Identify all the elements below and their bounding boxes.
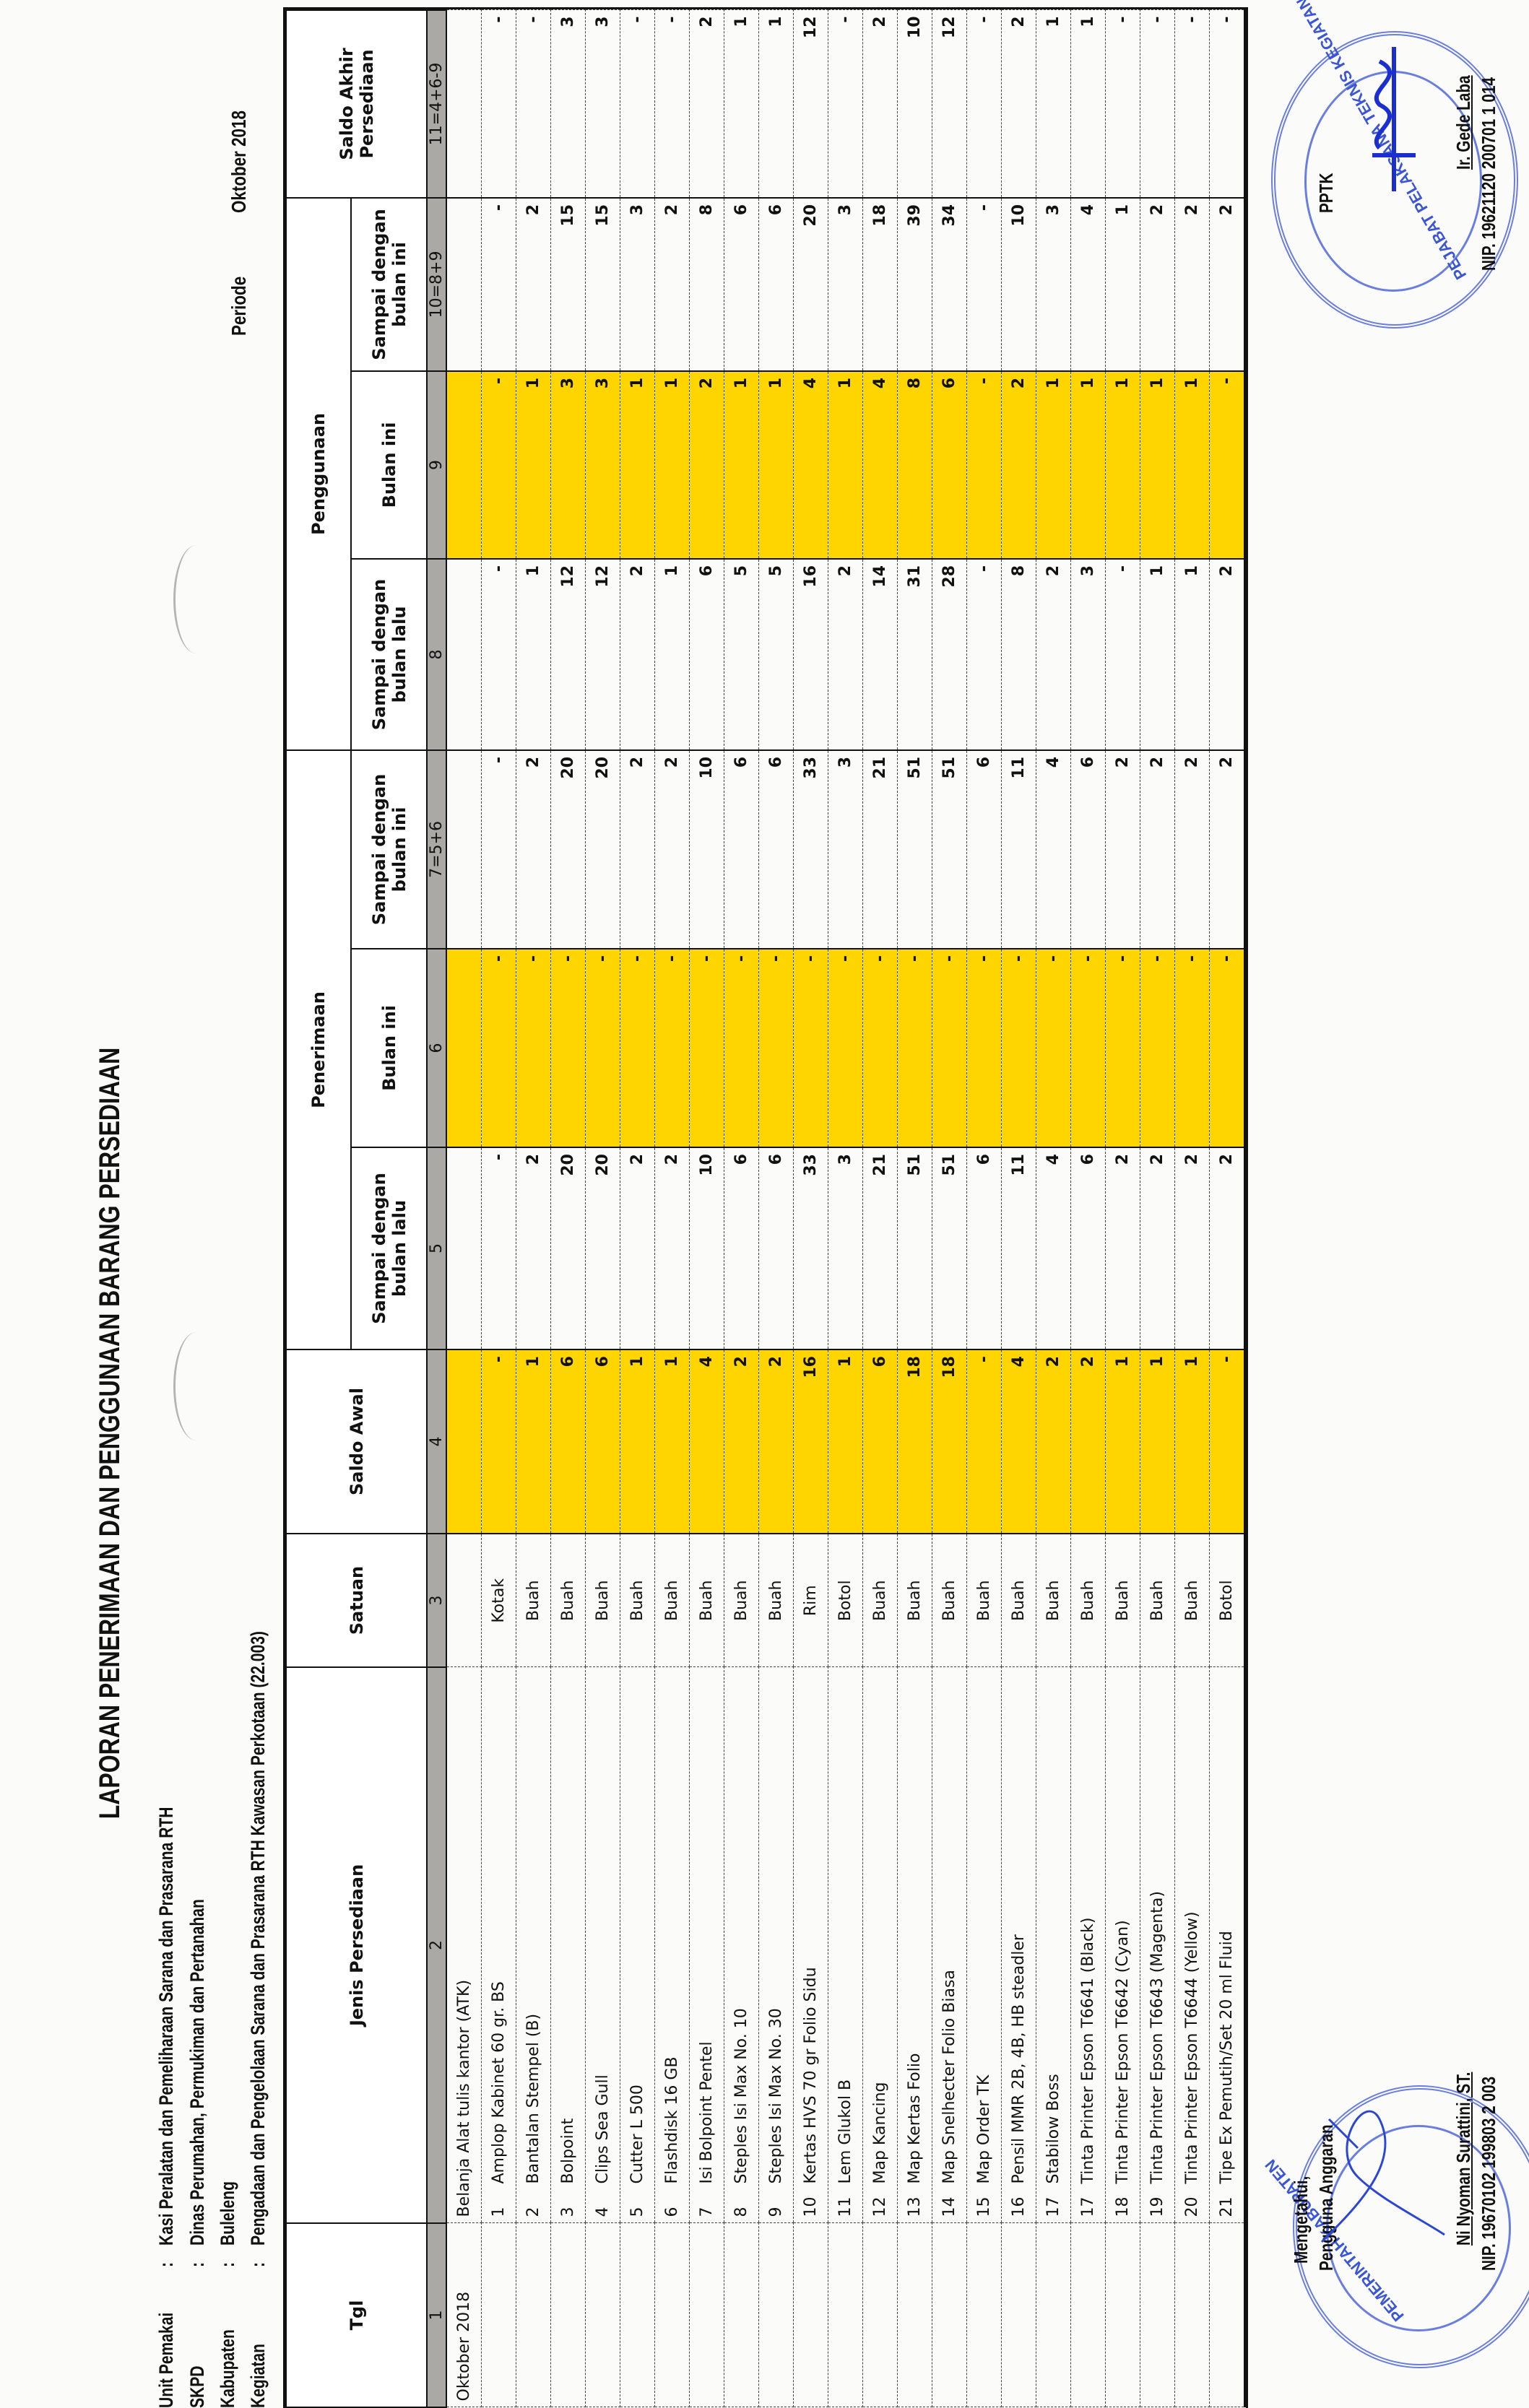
table-row: 3BolpointBuah620-20123153: [551, 10, 586, 2407]
meta-label-kabupaten: Kabupaten: [217, 2329, 238, 2408]
tgl-cell: [620, 2223, 655, 2407]
value-cell-c10: 39: [898, 198, 932, 371]
value-cell-c11: 3: [586, 10, 620, 198]
item-name-cell: 11Lem Glukol B: [828, 1667, 863, 2223]
unit-cell: Buah: [724, 1534, 759, 1667]
tgl-cell: [863, 2223, 898, 2407]
signature-right-line1: PPTK: [1314, 173, 1338, 213]
value-cell-c9: -: [1210, 371, 1245, 559]
value-cell-c11: -: [620, 10, 655, 198]
tgl-cell: [482, 2223, 516, 2407]
item-number: 13: [906, 2184, 924, 2217]
value-cell-c4: 2: [1036, 1349, 1071, 1534]
value-cell-c10: 2: [1175, 198, 1210, 371]
item-name-cell: 12Map Kancing: [863, 1667, 898, 2223]
unit-cell: Buah: [898, 1534, 932, 1667]
value-cell-c5: 20: [551, 1147, 586, 1349]
value-cell-c8: 3: [1071, 559, 1106, 750]
value-cell-c4: 1: [516, 1349, 551, 1534]
value-cell-c5: -: [482, 1147, 516, 1349]
empty-cell: [446, 1147, 482, 1349]
value-cell-c4: -: [1210, 1349, 1245, 1534]
unit-cell: Rim: [794, 1534, 828, 1667]
value-cell-c5: 2: [516, 1147, 551, 1349]
value-cell-c10: 3: [828, 198, 863, 371]
value-cell-c6: -: [655, 949, 690, 1147]
signature-right-name: Ir. Gede Laba: [1452, 75, 1475, 170]
table-row: 14Map Snelhecter Folio BiasaBuah1851-512…: [932, 10, 967, 2407]
value-cell-c7: 20: [586, 750, 620, 949]
value-cell-c7: -: [482, 750, 516, 949]
value-cell-c4: 4: [690, 1349, 724, 1534]
unit-cell: Buah: [932, 1534, 967, 1667]
header-satuan: Satuan: [286, 1534, 427, 1667]
item-name: Map Kertas Folio: [906, 2053, 924, 2184]
item-number: 1: [490, 2184, 508, 2217]
item-number: 20: [1183, 2184, 1201, 2217]
value-cell-c5: 2: [1106, 1147, 1140, 1349]
tgl-cell: [1210, 2223, 1245, 2407]
value-cell-c9: -: [967, 371, 1002, 559]
item-name-cell: 21Tipe Ex Pemutih/Set 20 ml Fluid: [1210, 1667, 1245, 2223]
tgl-cell: [551, 2223, 586, 2407]
tgl-cell: [1071, 2223, 1106, 2407]
table-row: 8Steples Isi Max No. 10Buah26-65161: [724, 10, 759, 2407]
meta-colon: :: [217, 2262, 238, 2267]
value-cell-c9: 2: [690, 371, 724, 559]
value-cell-c5: 2: [1140, 1147, 1175, 1349]
value-cell-c6: -: [759, 949, 794, 1147]
empty-cell: [446, 750, 482, 949]
signature-right-nip: NIP. 19621120 200701 1 014: [1477, 77, 1500, 271]
value-cell-c9: 4: [794, 371, 828, 559]
value-cell-c11: 1: [759, 10, 794, 198]
value-cell-c11: 12: [794, 10, 828, 198]
value-cell-c11: -: [828, 10, 863, 198]
value-cell-c5: 2: [620, 1147, 655, 1349]
table-row: 18Tinta Printer Epson T6642 (Cyan)Buah12…: [1106, 10, 1140, 2407]
header-saldo-awal: Saldo Awal: [286, 1349, 427, 1534]
table-row: 16Pensil MMR 2B, 4B, HB steadlerBuah411-…: [1002, 10, 1036, 2407]
item-number: 21: [1218, 2184, 1236, 2217]
value-cell-c7: 51: [898, 750, 932, 949]
meta-colon: :: [186, 2262, 208, 2267]
value-cell-c10: 18: [863, 198, 898, 371]
tgl-cell: [1175, 2223, 1210, 2407]
item-name: Tinta Printer Epson T6641 (Black): [1079, 1918, 1097, 2184]
tgl-cell: [759, 2223, 794, 2407]
value-cell-c8: 14: [863, 559, 898, 750]
value-cell-c7: 33: [794, 750, 828, 949]
header-saldo-akhir: Saldo Akhir Persediaan: [286, 10, 427, 198]
column-number: 2: [427, 1667, 446, 2223]
value-cell-c6: -: [1002, 949, 1036, 1147]
tgl-cell: [1002, 2223, 1036, 2407]
value-cell-c9: 1: [620, 371, 655, 559]
unit-cell: Buah: [620, 1534, 655, 1667]
header-penggunaan-bulan-ini: Bulan ini: [351, 371, 427, 559]
unit-cell: Buah: [1140, 1534, 1175, 1667]
value-cell-c5: 11: [1002, 1147, 1036, 1349]
item-number: 4: [594, 2184, 612, 2217]
item-name-cell: 4Clips Sea Gull: [586, 1667, 620, 2223]
empty-cell: [446, 371, 482, 559]
value-cell-c11: 1: [724, 10, 759, 198]
value-cell-c6: -: [724, 949, 759, 1147]
item-name: Kertas HVS 70 gr Folio Sidu: [802, 1967, 820, 2183]
value-cell-c7: 2: [1140, 750, 1175, 949]
item-name-cell: 13Map Kertas Folio: [898, 1667, 932, 2223]
column-number-row: 1234567=5+68910=8+911=4+6-9: [427, 10, 446, 2407]
header-penerimaan-sd-lalu: Sampai dengan bulan lalu: [351, 1147, 427, 1349]
column-number: 9: [427, 371, 446, 559]
value-cell-c10: 15: [586, 198, 620, 371]
value-cell-c8: 1: [655, 559, 690, 750]
item-number: 16: [1010, 2184, 1028, 2217]
column-number: 5: [427, 1147, 446, 1349]
value-cell-c7: 10: [690, 750, 724, 949]
value-cell-c10: 2: [1140, 198, 1175, 371]
value-cell-c9: 2: [1002, 371, 1036, 559]
value-cell-c9: 1: [655, 371, 690, 559]
value-cell-c4: 6: [586, 1349, 620, 1534]
column-number: 4: [427, 1349, 446, 1534]
value-cell-c10: 10: [1002, 198, 1036, 371]
item-name-cell: 17Tinta Printer Epson T6641 (Black): [1071, 1667, 1106, 2223]
value-cell-c6: -: [516, 949, 551, 1147]
value-cell-c11: 3: [551, 10, 586, 198]
meta-label-kegiatan: Kegiatan: [247, 2344, 269, 2408]
value-cell-c8: 5: [759, 559, 794, 750]
meta-colon: :: [247, 2262, 269, 2267]
value-cell-c8: 12: [551, 559, 586, 750]
item-name-cell: 18Tinta Printer Epson T6642 (Cyan): [1106, 1667, 1140, 2223]
value-cell-c6: -: [1140, 949, 1175, 1147]
value-cell-c7: 21: [863, 750, 898, 949]
tgl-cell: [1036, 2223, 1071, 2407]
handwritten-signature-left: [1314, 2076, 1459, 2264]
tgl-cell: [1106, 2223, 1140, 2407]
value-cell-c11: 2: [1002, 10, 1036, 198]
value-cell-c11: -: [1140, 10, 1175, 198]
item-number: 18: [1114, 2184, 1132, 2217]
value-cell-c5: 2: [655, 1147, 690, 1349]
value-cell-c9: 1: [828, 371, 863, 559]
value-cell-c11: -: [516, 10, 551, 198]
header-penerimaan-sd-ini: Sampai dengan bulan ini: [351, 750, 427, 949]
value-cell-c10: 3: [620, 198, 655, 371]
value-cell-c7: 11: [1002, 750, 1036, 949]
value-cell-c10: 3: [1036, 198, 1071, 371]
signature-left-name-text: Ni Nyoman Surattini, ST.: [1452, 2072, 1474, 2246]
value-cell-c5: 51: [898, 1147, 932, 1349]
value-cell-c7: 2: [620, 750, 655, 949]
table-row: 20Tinta Printer Epson T6644 (Yellow)Buah…: [1175, 10, 1210, 2407]
value-cell-c4: 6: [551, 1349, 586, 1534]
value-cell-c8: 2: [828, 559, 863, 750]
table-row: 6Flashdisk 16 GBBuah12-2112-: [655, 10, 690, 2407]
table-row: 12Map KancingBuah621-21144182: [863, 10, 898, 2407]
value-cell-c6: -: [863, 949, 898, 1147]
item-name-cell: 19Tinta Printer Epson T6643 (Magenta): [1140, 1667, 1175, 2223]
item-number: 10: [802, 2184, 820, 2217]
value-cell-c6: -: [828, 949, 863, 1147]
item-number: 2: [524, 2184, 542, 2217]
value-cell-c8: 12: [586, 559, 620, 750]
value-cell-c8: 31: [898, 559, 932, 750]
header-penerimaan: Penerimaan: [286, 750, 351, 1349]
value-cell-c7: 6: [759, 750, 794, 949]
value-cell-c11: -: [655, 10, 690, 198]
meta-value-skpd: Dinas Perumahan, Permukiman dan Pertanah…: [186, 1899, 208, 2246]
value-cell-c9: 1: [1140, 371, 1175, 559]
table-row: 7Isi Bolpoint PentelBuah410-106282: [690, 10, 724, 2407]
value-cell-c10: 2: [516, 198, 551, 371]
value-cell-c10: 8: [690, 198, 724, 371]
value-cell-c6: -: [932, 949, 967, 1147]
column-number: 8: [427, 559, 446, 750]
value-cell-c6: -: [1106, 949, 1140, 1147]
tgl-cell: [828, 2223, 863, 2407]
item-name: Cutter L 500: [628, 2085, 646, 2183]
tgl-cell: [586, 2223, 620, 2407]
value-cell-c11: -: [967, 10, 1002, 198]
item-name-cell: 6Flashdisk 16 GB: [655, 1667, 690, 2223]
value-cell-c8: 5: [724, 559, 759, 750]
item-name-cell: 17Stabilow Boss: [1036, 1667, 1071, 2223]
item-number: 17: [1044, 2184, 1062, 2217]
value-cell-c7: 2: [516, 750, 551, 949]
value-cell-c4: 2: [759, 1349, 794, 1534]
value-cell-c7: 6: [967, 750, 1002, 949]
value-cell-c6: -: [1210, 949, 1245, 1147]
value-cell-c11: 2: [863, 10, 898, 198]
value-cell-c9: 1: [759, 371, 794, 559]
value-cell-c9: 8: [898, 371, 932, 559]
hole-punch-mark: [173, 545, 219, 653]
item-name: Map Kancing: [871, 2082, 889, 2183]
value-cell-c8: 16: [794, 559, 828, 750]
value-cell-c6: -: [967, 949, 1002, 1147]
item-name: Bolpoint: [559, 2118, 577, 2184]
table-row: 19Tinta Printer Epson T6643 (Magenta)Bua…: [1140, 10, 1175, 2407]
item-number: 15: [975, 2184, 993, 2217]
value-cell-c5: 2: [1175, 1147, 1210, 1349]
value-cell-c6: -: [898, 949, 932, 1147]
header-penggunaan: Penggunaan: [286, 198, 351, 750]
empty-cell: [446, 559, 482, 750]
value-cell-c9: 3: [586, 371, 620, 559]
unit-cell: Botol: [828, 1534, 863, 1667]
value-cell-c4: 18: [898, 1349, 932, 1534]
value-cell-c9: 3: [551, 371, 586, 559]
tgl-cell: [655, 2223, 690, 2407]
value-cell-c8: 1: [1175, 559, 1210, 750]
value-cell-c9: -: [482, 371, 516, 559]
table-row: 1Amplop Kabinet 60 gr. BSKotak--------: [482, 10, 516, 2407]
value-cell-c11: 10: [898, 10, 932, 198]
value-cell-c10: 20: [794, 198, 828, 371]
value-cell-c7: 3: [828, 750, 863, 949]
item-name: Map Snelhecter Folio Biasa: [940, 1970, 958, 2183]
item-name: Bantalan Stempel (B): [524, 2014, 542, 2184]
unit-cell: Buah: [1175, 1534, 1210, 1667]
category-row: Oktober 2018Belanja Alat tulis kantor (A…: [446, 10, 482, 2407]
meta-label-skpd: SKPD: [186, 2365, 208, 2408]
item-number: 3: [559, 2184, 577, 2217]
date-cell: Oktober 2018: [446, 2223, 482, 2407]
value-cell-c8: 2: [1210, 559, 1245, 750]
item-name: Stabilow Boss: [1044, 2074, 1062, 2183]
signature-left-line1: Mengetahui,: [1289, 2176, 1312, 2264]
item-name: Isi Bolpoint Pentel: [698, 2041, 716, 2183]
item-name-cell: 15Map Order TK: [967, 1667, 1002, 2223]
item-number: 6: [663, 2184, 681, 2217]
value-cell-c10: 2: [655, 198, 690, 371]
value-cell-c4: 1: [1175, 1349, 1210, 1534]
value-cell-c6: -: [794, 949, 828, 1147]
value-cell-c5: 6: [1071, 1147, 1106, 1349]
item-number: 8: [732, 2184, 750, 2217]
value-cell-c6: -: [482, 949, 516, 1147]
value-cell-c5: 6: [759, 1147, 794, 1349]
handwritten-signature-right: [1358, 40, 1444, 199]
value-cell-c5: 21: [863, 1147, 898, 1349]
value-cell-c10: 6: [759, 198, 794, 371]
empty-cell: [446, 10, 482, 198]
value-cell-c11: 1: [1036, 10, 1071, 198]
category-label: Belanja Alat tulis kantor (ATK): [446, 1667, 482, 2223]
unit-cell: Buah: [1002, 1534, 1036, 1667]
column-number: 6: [427, 949, 446, 1147]
value-cell-c5: 33: [794, 1147, 828, 1349]
header-jenis: Jenis Persediaan: [286, 1667, 427, 2223]
value-cell-c6: -: [1175, 949, 1210, 1147]
value-cell-c6: -: [1036, 949, 1071, 1147]
value-cell-c9: 1: [724, 371, 759, 559]
table-row: 4Clips Sea GullBuah620-20123153: [586, 10, 620, 2407]
value-cell-c4: 4: [1002, 1349, 1036, 1534]
value-cell-c6: -: [620, 949, 655, 1147]
table-row: 10Kertas HVS 70 gr Folio SiduRim1633-331…: [794, 10, 828, 2407]
table-row: 2Bantalan Stempel (B)Buah12-2112-: [516, 10, 551, 2407]
hole-punch-mark: [173, 1332, 219, 1440]
value-cell-c5: 4: [1036, 1147, 1071, 1349]
value-cell-c11: -: [482, 10, 516, 198]
item-name: Pensil MMR 2B, 4B, HB steadler: [1010, 1934, 1028, 2183]
value-cell-c9: 1: [1036, 371, 1071, 559]
signature-right-name-text: Ir. Gede Laba: [1452, 75, 1474, 170]
item-name: Tinta Printer Epson T6642 (Cyan): [1114, 1920, 1132, 2183]
value-cell-c11: 2: [690, 10, 724, 198]
column-number: 3: [427, 1534, 446, 1667]
value-cell-c11: -: [1175, 10, 1210, 198]
table-body: Oktober 2018Belanja Alat tulis kantor (A…: [446, 10, 1245, 2407]
value-cell-c4: -: [482, 1349, 516, 1534]
empty-cell: [446, 1534, 482, 1667]
item-name: Tinta Printer Epson T6643 (Magenta): [1148, 1891, 1166, 2183]
item-number: 9: [767, 2184, 785, 2217]
item-name: Flashdisk 16 GB: [663, 2056, 681, 2183]
table-row: 17Tinta Printer Epson T6641 (Black)Buah2…: [1071, 10, 1106, 2407]
value-cell-c11: 1: [1071, 10, 1106, 198]
item-number: 17: [1079, 2184, 1097, 2217]
page-title: LAPORAN PENERIMAAN DAN PENGGUNAAN BARANG…: [94, 653, 126, 2213]
value-cell-c7: 2: [1175, 750, 1210, 949]
value-cell-c11: 12: [932, 10, 967, 198]
item-name: Map Order TK: [975, 2075, 993, 2184]
value-cell-c10: 4: [1071, 198, 1106, 371]
value-cell-c8: 6: [690, 559, 724, 750]
tgl-cell: [1140, 2223, 1175, 2407]
value-cell-c10: -: [967, 198, 1002, 371]
header-penggunaan-sd-lalu: Sampai dengan bulan lalu: [351, 559, 427, 750]
value-cell-c4: 2: [1071, 1349, 1106, 1534]
value-cell-c5: 6: [724, 1147, 759, 1349]
empty-cell: [446, 949, 482, 1147]
periode-value: Oktober 2018: [228, 110, 251, 213]
value-cell-c9: 1: [1106, 371, 1140, 559]
inventory-table: Tgl Jenis Persediaan Satuan Saldo Awal P…: [285, 9, 1246, 2408]
table-row: 21Tipe Ex Pemutih/Set 20 ml FluidBotol-2…: [1210, 10, 1245, 2407]
header-penggunaan-sd-ini: Sampai dengan bulan ini: [351, 198, 427, 371]
header-penerimaan-bulan-ini: Bulan ini: [351, 949, 427, 1147]
tgl-cell: [794, 2223, 828, 2407]
tgl-cell: [516, 2223, 551, 2407]
value-cell-c9: 1: [1175, 371, 1210, 559]
value-cell-c7: 20: [551, 750, 586, 949]
value-cell-c4: 6: [863, 1349, 898, 1534]
value-cell-c8: 28: [932, 559, 967, 750]
value-cell-c4: 2: [724, 1349, 759, 1534]
value-cell-c7: 2: [655, 750, 690, 949]
item-name-cell: 7Isi Bolpoint Pentel: [690, 1667, 724, 2223]
table-row: 5Cutter L 500Buah12-2213-: [620, 10, 655, 2407]
unit-cell: Buah: [1106, 1534, 1140, 1667]
item-number: 19: [1148, 2184, 1166, 2217]
unit-cell: Buah: [690, 1534, 724, 1667]
tgl-cell: [967, 2223, 1002, 2407]
item-name: Amplop Kabinet 60 gr. BS: [490, 1981, 508, 2183]
value-cell-c7: 51: [932, 750, 967, 949]
value-cell-c9: 6: [932, 371, 967, 559]
value-cell-c7: 2: [1210, 750, 1245, 949]
item-name: Steples Isi Max No. 30: [767, 2008, 785, 2183]
value-cell-c8: -: [1106, 559, 1140, 750]
item-name-cell: 3Bolpoint: [551, 1667, 586, 2223]
value-cell-c10: -: [482, 198, 516, 371]
value-cell-c4: -: [967, 1349, 1002, 1534]
item-name-cell: 9Steples Isi Max No. 30: [759, 1667, 794, 2223]
tgl-cell: [724, 2223, 759, 2407]
unit-cell: Buah: [759, 1534, 794, 1667]
item-name: Tipe Ex Pemutih/Set 20 ml Fluid: [1218, 1931, 1236, 2183]
value-cell-c6: -: [586, 949, 620, 1147]
value-cell-c10: 1: [1106, 198, 1140, 371]
value-cell-c4: 16: [794, 1349, 828, 1534]
tgl-cell: [932, 2223, 967, 2407]
value-cell-c5: 3: [828, 1147, 863, 1349]
item-name-cell: 1Amplop Kabinet 60 gr. BS: [482, 1667, 516, 2223]
signature-left-name: Ni Nyoman Surattini, ST.: [1452, 2072, 1475, 2246]
empty-cell: [446, 198, 482, 371]
value-cell-c10: 15: [551, 198, 586, 371]
meta-label-unit: Unit Pemakai: [155, 2313, 177, 2408]
value-cell-c8: -: [482, 559, 516, 750]
value-cell-c7: 4: [1036, 750, 1071, 949]
value-cell-c4: 1: [1140, 1349, 1175, 1534]
value-cell-c6: -: [690, 949, 724, 1147]
